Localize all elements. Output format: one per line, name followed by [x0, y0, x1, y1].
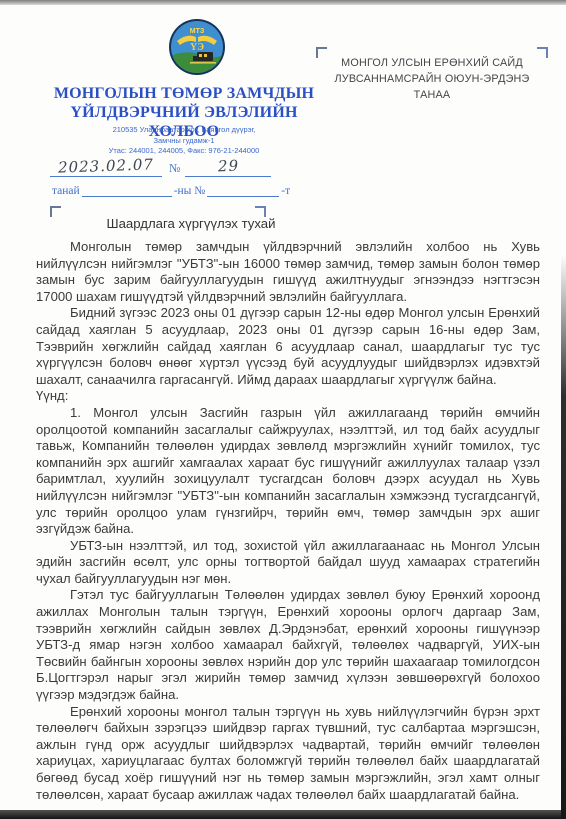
scanned-letter-page: МТЗ ҮЭ МОНГОЛЫН ТӨМӨР ЗАМЧДЫН ҮЙЛДВЭРЧНИ… — [0, 0, 566, 819]
body-paragraph: Бидний зүгээс 2023 оны 01 дүгээр сарын 1… — [36, 305, 540, 388]
corner-bracket-icon — [537, 47, 548, 58]
your-ref-blank — [82, 196, 172, 197]
number-sign: № — [169, 161, 180, 176]
date-field: 2023.02.07 — [50, 158, 162, 177]
org-address: 210535 Улаанбаатар хот, Баянгол дүүрэг, … — [24, 125, 344, 157]
number-field: 29 — [185, 158, 271, 177]
letter-body: Монголын төмөр замчдын үйлдвэрчний эвлэл… — [36, 239, 540, 803]
your-ref-blank — [207, 196, 279, 197]
body-paragraph: УБТЗ-ын нээлттэй, ил тод, зохистой үйл а… — [36, 538, 540, 588]
body-paragraph: Монголын төмөр замчдын үйлдвэрчний эвлэл… — [36, 239, 540, 305]
recipient-block: МОНГОЛ УЛСЫН ЕРӨНХИЙ САЙД ЛУВСАННАМСРАЙН… — [316, 47, 548, 104]
handwritten-date: 2023.02.07 — [58, 156, 154, 176]
subject-line: Шаардлага хүргүүлэх тухай — [0, 216, 382, 231]
scan-edge-top — [0, 0, 566, 5]
your-ref-suffix: -т — [281, 185, 290, 197]
scan-edge-right — [561, 255, 566, 819]
recipient-line: МОНГОЛ УЛСЫН ЕРӨНХИЙ САЙД — [316, 55, 548, 71]
body-paragraph: Үүнд: — [36, 388, 540, 405]
your-ref-mid: -ны № — [174, 185, 206, 197]
date-number-row: 2023.02.07 № 29 — [50, 155, 310, 177]
body-paragraph: 1. Монгол улсын Засгийн газрын үйл ажилл… — [36, 405, 540, 538]
address-line: 210535 Улаанбаатар хот, Баянгол дүүрэг, — [24, 125, 344, 136]
corner-bracket-icon — [316, 47, 327, 58]
handwritten-number: 29 — [218, 158, 240, 175]
logo-text-mtz: МТЗ — [190, 28, 205, 35]
logo-text-ue: ҮЭ — [190, 42, 204, 53]
your-reference-row: танай -ны № -т — [50, 182, 310, 197]
your-ref-prefix: танай — [52, 185, 80, 197]
scan-edge-bottom — [0, 810, 566, 819]
org-name-line: МОНГОЛЫН ТӨМӨР ЗАМЧДЫН — [24, 84, 344, 103]
railway-union-logo-icon: МТЗ ҮЭ — [167, 16, 227, 78]
recipient-text: МОНГОЛ УЛСЫН ЕРӨНХИЙ САЙД ЛУВСАННАМСРАЙН… — [316, 47, 548, 104]
reference-block: 2023.02.07 № 29 танай -ны № -т — [50, 155, 310, 218]
recipient-line: ЛУВСАННАМСРАЙН ОЮУН-ЭРДЭНЭ — [316, 71, 548, 87]
body-paragraph: Ерөнхий хорооны монгол талын тэргүүн нь … — [36, 704, 540, 804]
recipient-line: ТАНАА — [316, 87, 548, 103]
body-paragraph: Гэтэл тус байгууллагын Төлөөлөн удирдах … — [36, 587, 540, 703]
org-name-line: ҮЙЛДВЭРЧНИЙ ЭВЛЭЛИЙН — [24, 103, 344, 122]
address-line: Замчны гудамж-1 — [24, 136, 344, 147]
